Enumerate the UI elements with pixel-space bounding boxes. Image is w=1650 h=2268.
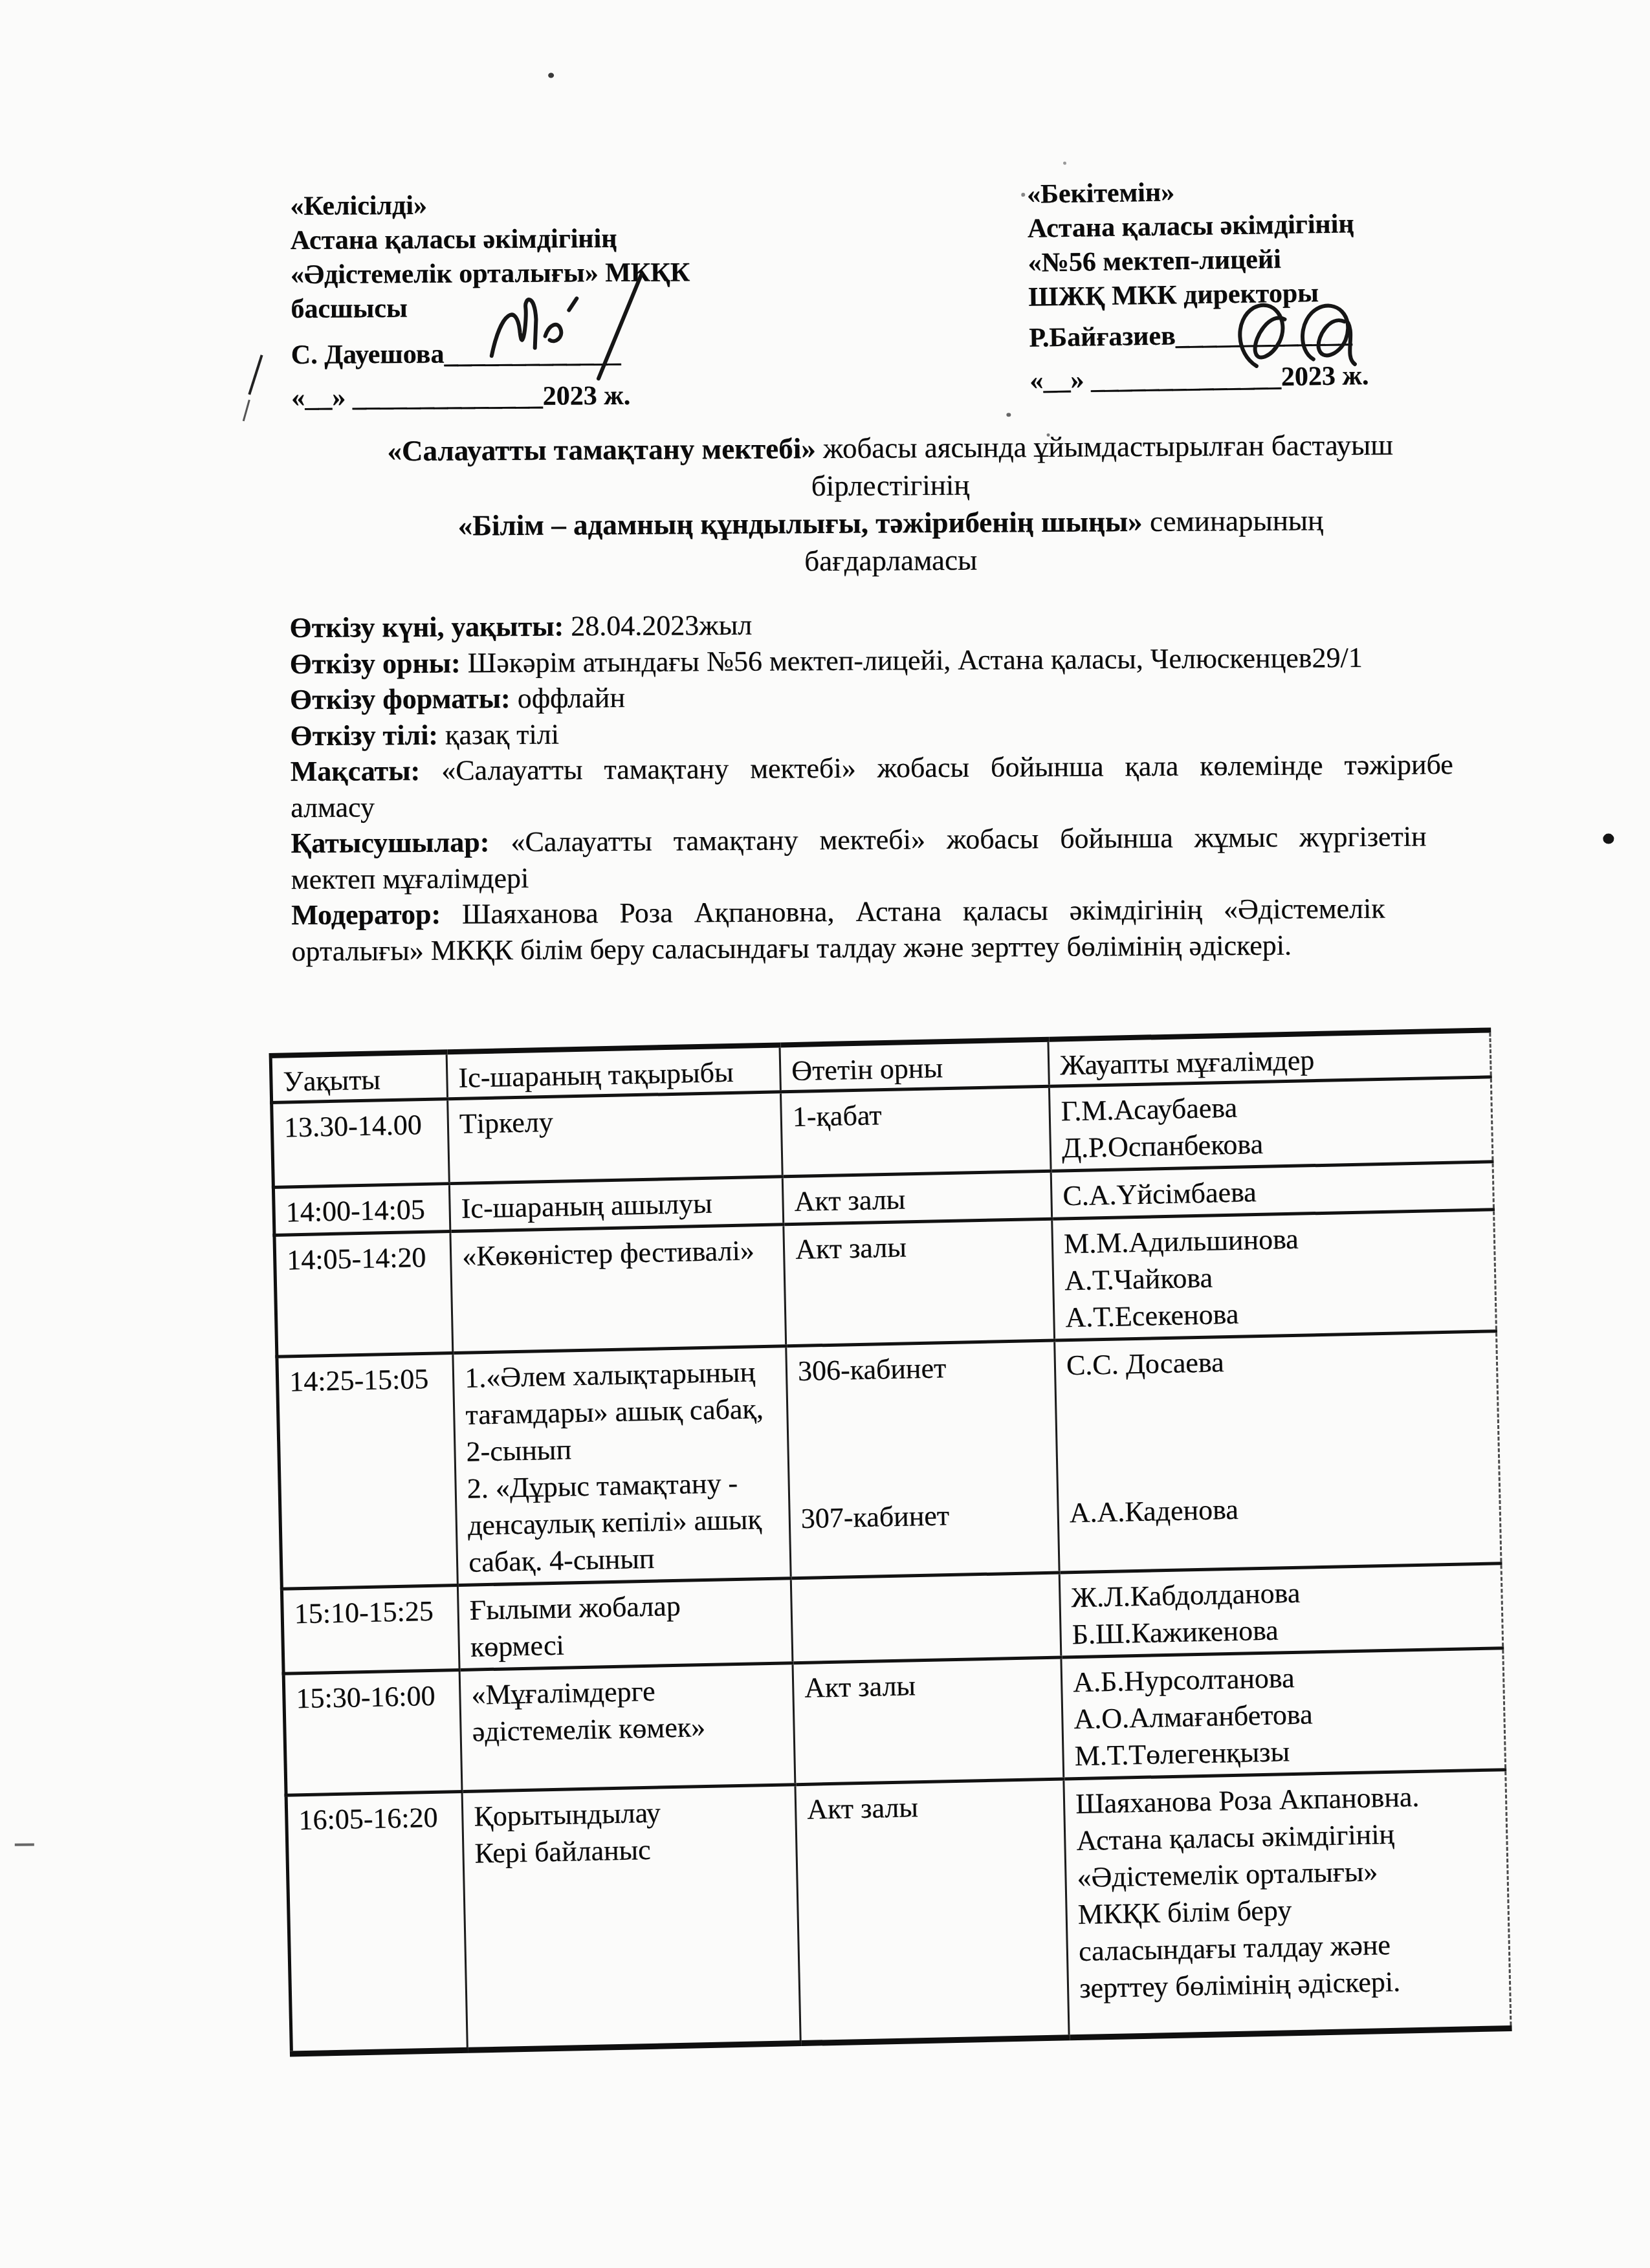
scan-speck [1047, 433, 1050, 437]
signature-right-scribble [1216, 273, 1417, 391]
scan-speck [1603, 834, 1614, 844]
cell-time: 14:00-14:05 [273, 1184, 450, 1236]
event-details: Өткізу күні, уақыты: 28.04.2023жыл Өткіз… [289, 603, 1508, 969]
scan-speck [1006, 413, 1011, 417]
cell-teachers: Г.М.Асаубаева Д.Р.Оспанбекова [1049, 1077, 1493, 1171]
cell-topic: «Мұғалімдерге әдістемелік көмек» [459, 1663, 795, 1792]
cell-time: 14:25-15:05 [277, 1353, 457, 1589]
cell-place: Акт залы [793, 1657, 1064, 1785]
cell-time: 15:10-15:25 [281, 1586, 459, 1674]
cell-teachers: С.А.Үйсімбаева [1051, 1162, 1493, 1219]
schedule-table-wrap: Уақыты Іс-шараның тақырыбы Өтетін орны Ж… [269, 1027, 1512, 2056]
cell-topic: «Көкөністер фестивалі» [450, 1225, 786, 1353]
col-header-place: Өтетін орны [780, 1040, 1049, 1092]
title-line-1: «Салауатты тамақтану мектебі» жобасы аяс… [282, 426, 1499, 470]
table-row: 16:05-16:20 Қорытындылау Кері байланыс А… [286, 1770, 1511, 2054]
detail-participants: Қатысушылар: «Салауатты тамақтану мектеб… [291, 818, 1508, 897]
cell-topic: Тіркелу [448, 1092, 783, 1184]
scanned-document-page: «Келісілді» Астана қаласы әкімдігінің «Ә… [0, 0, 1650, 2268]
scan-speck [1063, 162, 1066, 165]
detail-place: Өткізу орны: Шәкәрім атындағы №56 мектеп… [290, 638, 1506, 682]
signer-name: Р.Байғазиев [1029, 321, 1176, 353]
cell-topic: 1.«Әлем халықтарының тағамдары» ашық саб… [453, 1346, 791, 1586]
signature-left-scribble [472, 269, 692, 387]
cell-place: Акт залы [784, 1219, 1055, 1346]
seminar-title: «Салауатты тамақтану мектебі» жобасы аяс… [282, 426, 1499, 583]
col-header-topic: Іс-шараның тақырыбы [446, 1045, 780, 1098]
edge-mark [15, 1843, 34, 1846]
margin-slash-mark [248, 354, 263, 395]
document-content: «Келісілді» Астана қаласы әкімдігінің «Ә… [0, 0, 1650, 2268]
cell-teachers: М.М.Адильшинова А.Т.Чайкова А.Т.Есекенов… [1052, 1210, 1497, 1340]
cell-teachers: С.С. Досаева А.А.Каденова [1055, 1331, 1501, 1573]
schedule-table: Уақыты Іс-шараның тақырыбы Өтетін орны Ж… [269, 1027, 1512, 2056]
detail-goal: Мақсаты: «Салауатты тамақтану мектебі» ж… [291, 747, 1508, 825]
cell-teachers: Шаяханова Роза Акпановна. Астана қаласы … [1064, 1770, 1511, 2038]
col-header-time: Уақыты [270, 1052, 447, 1102]
cell-topic: Іс-шараның ашылуы [449, 1177, 783, 1232]
signer-name: С. Дауешова [291, 340, 445, 370]
cell-place: Акт залы [795, 1779, 1069, 2044]
cell-time: 15:30-16:00 [283, 1670, 462, 1795]
margin-slash-mark [243, 400, 250, 422]
cell-place: Акт залы [782, 1171, 1051, 1225]
cell-teachers: А.Б.Нурсолтанова А.О.Алмағанбетова М.Т.Т… [1061, 1648, 1506, 1779]
cell-time: 16:05-16:20 [286, 1791, 467, 2054]
cell-topic: Ғылыми жобалар көрмесі [457, 1578, 793, 1670]
approval-org-line: Астана қаласы әкімдігінің [291, 221, 821, 258]
approval-status: «Келісілді» [290, 186, 820, 224]
table-row: 14:25-15:05 1.«Әлем халықтарының тағамда… [277, 1331, 1501, 1589]
cell-place: 306-кабинет 307-кабинет [786, 1340, 1059, 1578]
cell-place: 1-қабат [780, 1086, 1051, 1177]
scan-speck [548, 73, 554, 78]
scan-speck [1021, 193, 1025, 197]
title-line-4: бағдарламасы [283, 538, 1499, 583]
cell-time: 13.30-14.00 [272, 1099, 450, 1188]
cell-topic: Қорытындылау Кері байланыс [462, 1785, 800, 2051]
cell-teachers: Ж.Л.Кабдолданова Б.Ш.Кажикенова [1059, 1564, 1503, 1657]
detail-moderator: Модератор: Шаяханова Роза Ақпановна, Аст… [291, 890, 1508, 969]
cell-time: 14:05-14:20 [274, 1232, 453, 1357]
title-line-3: «Білім – адамның құндылығы, тәжірибенің … [282, 501, 1499, 545]
cell-place [791, 1573, 1061, 1663]
